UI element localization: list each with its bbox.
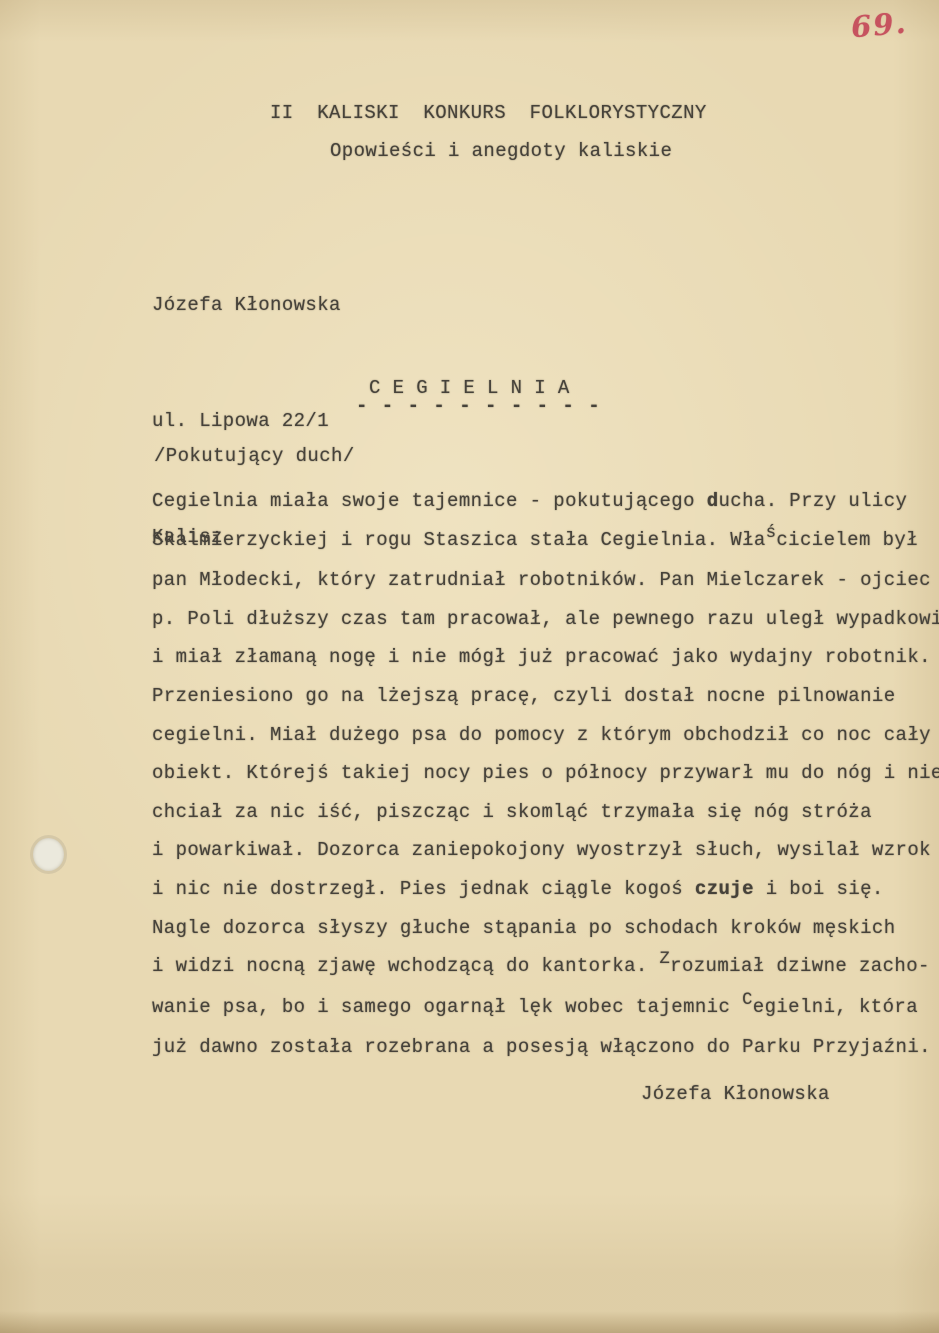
story-line-segment: p. Poli dłuższy czas tam pracował, ale p… bbox=[152, 608, 939, 630]
story-line-segment: Nagle dozorca słyszy głuche stąpania po … bbox=[152, 917, 896, 939]
story-line-segment: ś bbox=[766, 524, 777, 543]
story-line-segment: wanie psa, bo i samego ogarnął lęk wobec… bbox=[152, 996, 742, 1018]
story-line: i widzi nocną zjawę wchodzącą do kantork… bbox=[152, 947, 939, 988]
story-line: Przeniesiono go na lżejszą pracę, czyli … bbox=[152, 677, 939, 716]
story-line-segment: cegielni. Miał dużego psa do pomocy z kt… bbox=[152, 724, 931, 746]
story-line-segment: już dawno została rozebrana a posesją wł… bbox=[152, 1036, 931, 1058]
story-line-segment: Skalmierzyckiej i rogu Staszica stała Ce… bbox=[152, 529, 766, 551]
story-line-segment: i nic nie dostrzegł. Pies jednak ciągle … bbox=[152, 878, 695, 900]
story-line-segment: Z bbox=[659, 950, 670, 969]
story-line-segment: i miał złamaną nogę i nie mógł już praco… bbox=[152, 646, 931, 668]
story-line-segment: ucha. Przy ulicy bbox=[719, 490, 908, 512]
story-line-segment: egielni, która bbox=[753, 996, 918, 1018]
story-line: Nagle dozorca słyszy głuche stąpania po … bbox=[152, 909, 939, 948]
story-line-segment: Przeniesiono go na lżejszą pracę, czyli … bbox=[152, 685, 896, 707]
author-name: Józefa Kłonowska bbox=[152, 286, 341, 325]
story-line: i powarkiwał. Dozorca zaniepokojony wyos… bbox=[152, 831, 939, 870]
story-line: wanie psa, bo i samego ogarnął lęk wobec… bbox=[152, 988, 939, 1029]
story-line-segment: cicielem był bbox=[776, 529, 918, 551]
story-line-segment: C bbox=[742, 991, 753, 1010]
story-line: i miał złamaną nogę i nie mógł już praco… bbox=[152, 638, 939, 677]
story-line-segment: d bbox=[707, 490, 719, 512]
story-line-segment: Cegielnia miała swoje tajemnice - pokutu… bbox=[152, 490, 707, 512]
story-line-segment: obiekt. Którejś takiej nocy pies o półno… bbox=[152, 762, 939, 784]
story-line: już dawno została rozebrana a posesją wł… bbox=[152, 1028, 939, 1067]
author-street: ul. Lipowa 22/1 bbox=[152, 402, 341, 441]
story-line-segment: chciał za nic iść, piszcząc i skomląć tr… bbox=[152, 801, 872, 823]
story-line: obiekt. Którejś takiej nocy pies o półno… bbox=[152, 754, 939, 793]
story-line-segment: pan Młodecki, który zatrudniał robotnikó… bbox=[152, 569, 931, 591]
document-title: II KALISKI KONKURS FOLKLORYSTYCZNY bbox=[270, 102, 707, 124]
story-line-segment: rozumiał dziwne zacho- bbox=[670, 955, 930, 977]
story-line: Skalmierzyckiej i rogu Staszica stała Ce… bbox=[152, 521, 939, 562]
story-line: cegielni. Miał dużego psa do pomocy z kt… bbox=[152, 716, 939, 755]
story-line-segment: czuje bbox=[695, 878, 754, 900]
story-line-segment: i widzi nocną zjawę wchodzącą do kantork… bbox=[152, 955, 659, 977]
story-subtitle: /Pokutujący duch/ bbox=[154, 445, 355, 467]
document-subtitle: Opowieści i anegdoty kaliskie bbox=[330, 140, 672, 162]
punch-hole bbox=[33, 838, 64, 871]
story-line: i nic nie dostrzegł. Pies jednak ciągle … bbox=[152, 870, 939, 909]
page-number: 69. bbox=[850, 6, 909, 45]
story-line-segment: i powarkiwał. Dozorca zaniepokojony wyos… bbox=[152, 839, 931, 861]
story-line-segment: i boi się. bbox=[754, 878, 884, 900]
heading-underline: - - - - - - - - - - bbox=[356, 395, 601, 417]
story-line: pan Młodecki, który zatrudniał robotnikó… bbox=[152, 561, 939, 600]
story-line: Cegielnia miała swoje tajemnice - pokutu… bbox=[152, 482, 939, 521]
document-page: 69. II KALISKI KONKURS FOLKLORYSTYCZNY O… bbox=[0, 0, 939, 1333]
story-line: chciał za nic iść, piszcząc i skomląć tr… bbox=[152, 793, 939, 832]
story-line: p. Poli dłuższy czas tam pracował, ale p… bbox=[152, 600, 939, 639]
story-body: Cegielnia miała swoje tajemnice - pokutu… bbox=[152, 482, 939, 1067]
signature: Józefa Kłonowska bbox=[641, 1083, 830, 1105]
